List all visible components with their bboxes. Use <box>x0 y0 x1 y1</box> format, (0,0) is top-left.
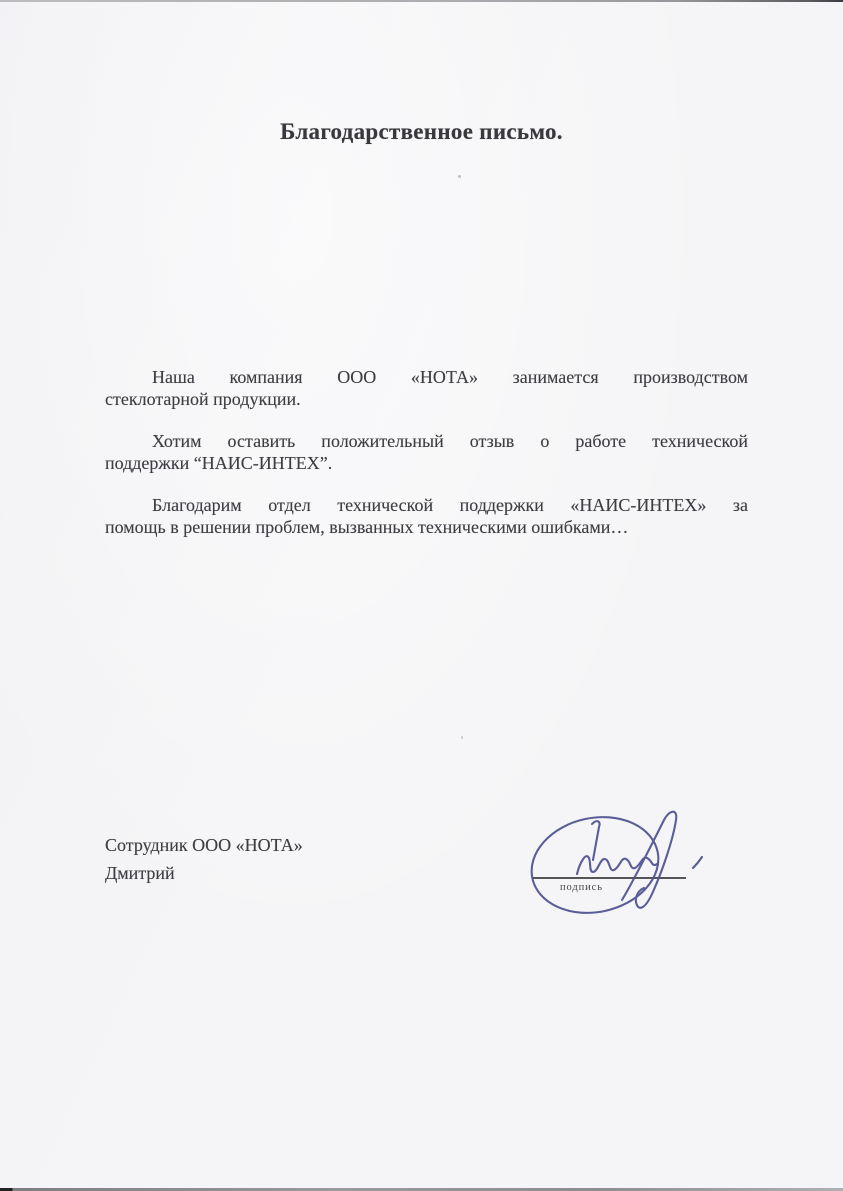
paragraph-line: Хотим оставить положительный отзыв о раб… <box>105 430 748 452</box>
signatory-company-line: Сотрудник ООО «НОТА» <box>105 831 303 859</box>
paragraph-line: стеклотарной продукции. <box>105 388 748 410</box>
signature-tick-stroke <box>693 857 702 868</box>
scan-speck <box>461 736 463 739</box>
scan-artifact-top-edge <box>0 0 843 2</box>
letter-body: Наша компания ООО «НОТА» занимается прои… <box>105 366 748 558</box>
signatory-name-line: Дмитрий <box>105 859 303 887</box>
scan-speck <box>458 175 461 178</box>
scanned-letter-page: Благодарственное письмо. Наша компания О… <box>0 0 843 1191</box>
letter-title: Благодарственное письмо. <box>0 119 843 145</box>
signature-oval-stroke <box>526 806 667 917</box>
signatory-block: Сотрудник ООО «НОТА» Дмитрий <box>105 831 303 887</box>
paragraph-thanks: Благодарим отдел технической поддержки «… <box>105 494 748 538</box>
paragraph-line: Благодарим отдел технической поддержки «… <box>105 494 748 516</box>
paragraph-line: помощь в решении проблем, вызванных техн… <box>105 516 748 538</box>
paragraph-company: Наша компания ООО «НОТА» занимается прои… <box>105 366 748 410</box>
handwritten-signature <box>526 802 706 917</box>
paragraph-line: поддержки “НАИС-ИНТЕХ”. <box>105 452 748 474</box>
paragraph-line: Наша компания ООО «НОТА» занимается прои… <box>105 366 748 388</box>
paragraph-review: Хотим оставить положительный отзыв о раб… <box>105 430 748 474</box>
signature-stem-stroke <box>592 821 600 860</box>
